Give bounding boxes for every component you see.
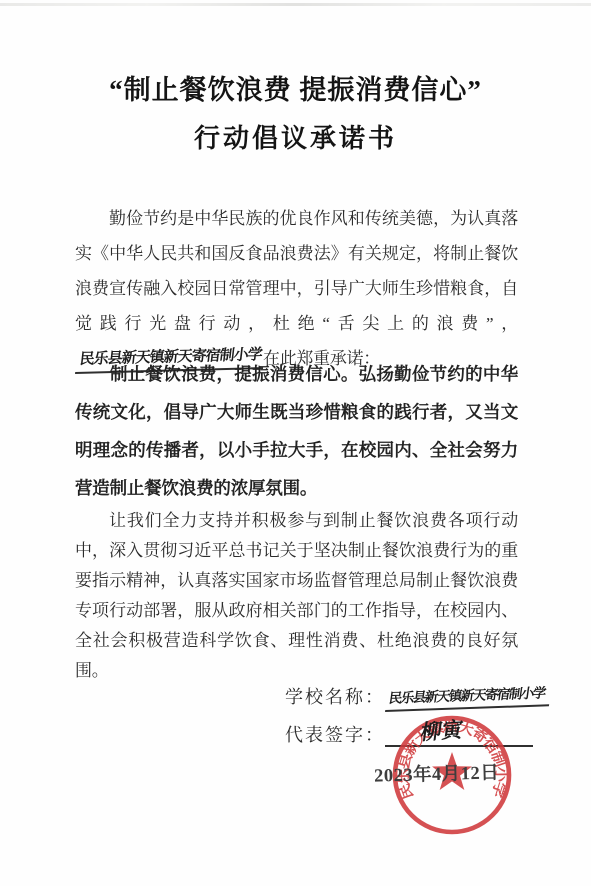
paragraph-intro: 勤俭节约是中华民族的优良作风和传统美德，为认真落实《中华人民共和国反食品浪费法》… bbox=[75, 201, 518, 376]
scan-artifact-line bbox=[0, 3, 591, 6]
pledge-document-page: “制止餐饮浪费 提振消费信心” 行动倡议承诺书 勤俭节约是中华民族的优良作风和传… bbox=[0, 0, 591, 886]
paragraph-support: 让我们全力支持并积极参与到制止餐饮浪费各项行动中，深入贯彻习近平总书记关于坚决制… bbox=[75, 506, 518, 686]
paragraph-commitment: 制止餐饮浪费，提振消费信心。弘扬勤俭节约的中华传统文化，倡导广大师生既当珍惜粮食… bbox=[75, 355, 518, 507]
representative-signature-label: 代表签字： bbox=[285, 725, 385, 745]
document-title-line2: 行动倡议承诺书 bbox=[0, 118, 591, 155]
school-name-label: 学校名称： bbox=[285, 687, 385, 707]
paragraph-intro-text: 勤俭节约是中华民族的优良作风和传统美德，为认真落实《中华人民共和国反食品浪费法》… bbox=[75, 209, 518, 333]
handwritten-signature: 柳寅 bbox=[419, 713, 465, 746]
document-title-line1: “制止餐饮浪费 提振消费信心” bbox=[0, 68, 591, 107]
handwritten-date: 2023年4月12日 bbox=[374, 758, 500, 787]
